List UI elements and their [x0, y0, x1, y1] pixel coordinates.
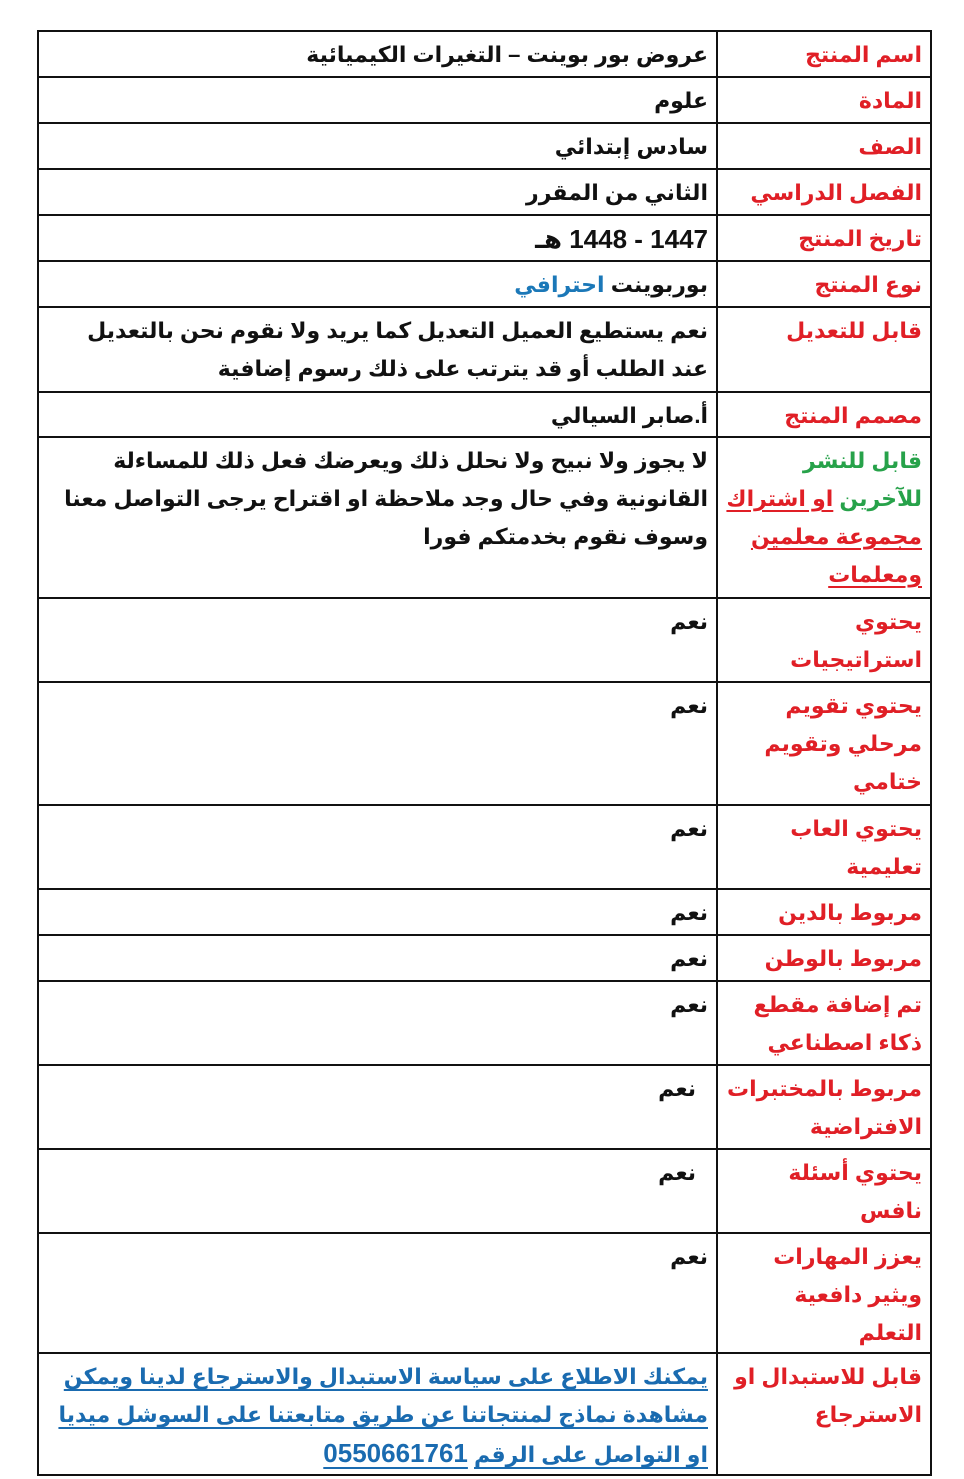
value-grade: سادس إبتدائي — [38, 123, 717, 169]
value-homeland: نعم — [38, 935, 717, 981]
label-homeland: مربوط بالوطن — [717, 935, 931, 981]
label-games: يحتوي العاب تعليمية — [717, 805, 931, 889]
table-row-date: تاريخ المنتج 1447 - 1448 هـ — [38, 215, 931, 261]
table-row-games: يحتوي العاب تعليمية نعم — [38, 805, 931, 889]
label-strategies: يحتوي استراتيجيات — [717, 598, 931, 682]
value-date: 1447 - 1448 هـ — [38, 215, 717, 261]
table-row-homeland: مربوط بالوطن نعم — [38, 935, 931, 981]
label-grade: الصف — [717, 123, 931, 169]
table-row-grade: الصف سادس إبتدائي — [38, 123, 931, 169]
table-row-editable: قابل للتعديل نعم يستطيع العميل التعديل ك… — [38, 307, 931, 392]
label-semester: الفصل الدراسي — [717, 169, 931, 215]
value-semester: الثاني من المقرر — [38, 169, 717, 215]
table-row-returns: قابل للاستبدال او الاسترجاع يمكنك الاطلا… — [38, 1353, 931, 1475]
table-row-semester: الفصل الدراسي الثاني من المقرر — [38, 169, 931, 215]
value-product-type-badge: احترافي — [514, 272, 604, 297]
value-ai-clip: نعم — [38, 981, 717, 1065]
label-designer: مصمم المنتج — [717, 392, 931, 437]
contact-phone-link[interactable]: 0550661761 — [323, 1438, 468, 1468]
value-returns: يمكنك الاطلاع على سياسة الاستبدال والاست… — [38, 1353, 717, 1475]
value-virtual-labs: نعم — [38, 1065, 717, 1149]
table-row-subject: المادة علوم — [38, 77, 931, 123]
value-publishing: لا يجوز ولا نبيح ولا نحلل ذلك ويعرضك فعل… — [38, 437, 717, 598]
value-subject: علوم — [38, 77, 717, 123]
table-row-publishing: قابل للنشر للآخرين او اشتراك مجموعة معلم… — [38, 437, 931, 598]
table-row-designer: مصمم المنتج أ.صابر السيالي — [38, 392, 931, 437]
label-date: تاريخ المنتج — [717, 215, 931, 261]
label-product-type: نوع المنتج — [717, 261, 931, 307]
value-skills: نعم — [38, 1233, 717, 1353]
table-row-product-name: اسم المنتج عروض بور بوينت – التغيرات الك… — [38, 31, 931, 77]
label-subject: المادة — [717, 77, 931, 123]
value-editable: نعم يستطيع العميل التعديل كما يريد ولا ن… — [38, 307, 717, 392]
label-skills: يعزز المهارات ويثير دافعية التعلم — [717, 1233, 931, 1353]
value-strategies: نعم — [38, 598, 717, 682]
table-row-virtual-labs: مربوط بالمختبرات الافتراضية نعم — [38, 1065, 931, 1149]
label-ai-clip: تم إضافة مقطع ذكاء اصطناعي — [717, 981, 931, 1065]
table-row-religion: مربوط بالدين نعم — [38, 889, 931, 935]
value-product-type-main: بوربوينت — [611, 272, 708, 297]
label-religion: مربوط بالدين — [717, 889, 931, 935]
value-designer: أ.صابر السيالي — [38, 392, 717, 437]
table-row-strategies: يحتوي استراتيجيات نعم — [38, 598, 931, 682]
label-product-name: اسم المنتج — [717, 31, 931, 77]
value-religion: نعم — [38, 889, 717, 935]
product-spec-table: اسم المنتج عروض بور بوينت – التغيرات الك… — [37, 30, 932, 1476]
table-row-skills: يعزز المهارات ويثير دافعية التعلم نعم — [38, 1233, 931, 1353]
label-assessment: يحتوي تقويم مرحلي وتقويم ختامي — [717, 682, 931, 805]
table-row-nafs-questions: يحتوي أسئلة نافس نعم — [38, 1149, 931, 1233]
label-nafs-questions: يحتوي أسئلة نافس — [717, 1149, 931, 1233]
value-games: نعم — [38, 805, 717, 889]
label-returns: قابل للاستبدال او الاسترجاع — [717, 1353, 931, 1475]
value-product-type: بوربوينت احترافي — [38, 261, 717, 307]
label-publishing: قابل للنشر للآخرين او اشتراك مجموعة معلم… — [717, 437, 931, 598]
value-assessment: نعم — [38, 682, 717, 805]
table-row-product-type: نوع المنتج بوربوينت احترافي — [38, 261, 931, 307]
table-row-ai-clip: تم إضافة مقطع ذكاء اصطناعي نعم — [38, 981, 931, 1065]
value-product-name: عروض بور بوينت – التغيرات الكيميائية — [38, 31, 717, 77]
label-virtual-labs: مربوط بالمختبرات الافتراضية — [717, 1065, 931, 1149]
value-nafs-questions: نعم — [38, 1149, 717, 1233]
table-row-assessment: يحتوي تقويم مرحلي وتقويم ختامي نعم — [38, 682, 931, 805]
label-editable: قابل للتعديل — [717, 307, 931, 392]
